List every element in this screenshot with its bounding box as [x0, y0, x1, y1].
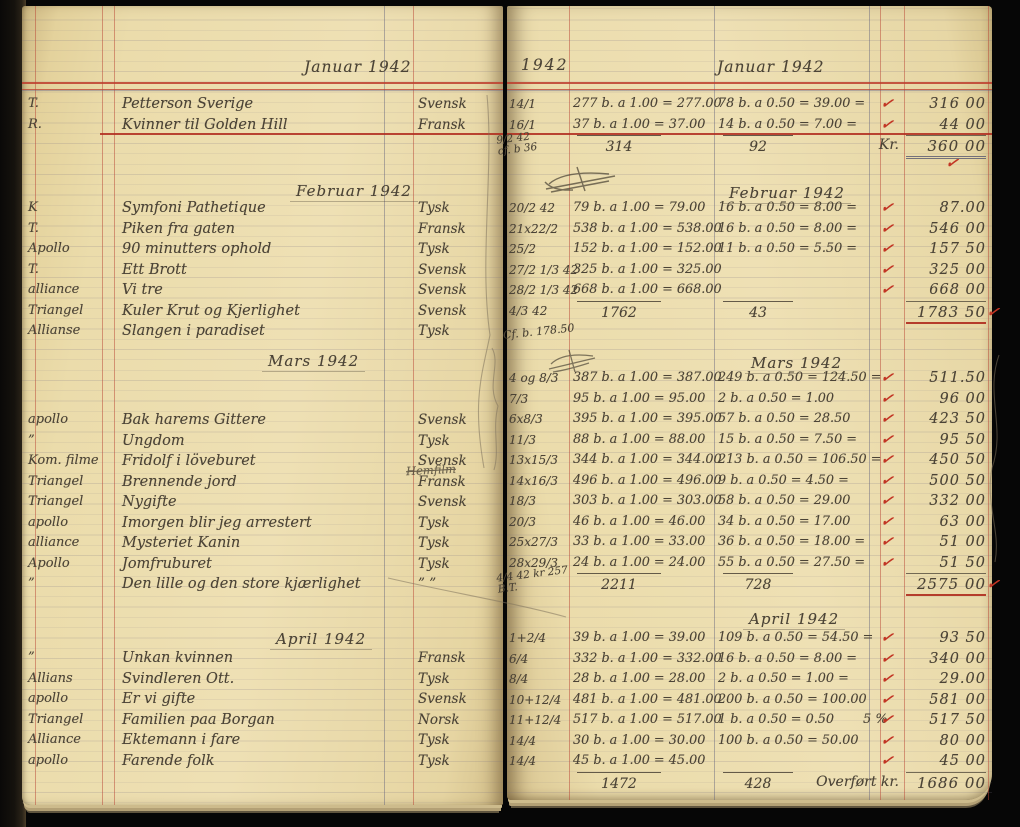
- date-cell: 14/1: [509, 94, 573, 114]
- film-title: 90 minutters ophold: [122, 239, 384, 259]
- film-title: Fridolf i löveburet: [122, 451, 384, 471]
- ledger-row: 6x8/3 395 b. a 1.00 = 395.00 57 b. a 0.5…: [507, 409, 992, 430]
- amount-cell: 80 00: [906, 731, 986, 751]
- cinema-name: Apollo: [28, 239, 102, 259]
- date-cell: 11/3: [509, 430, 573, 450]
- tickets-full-price: 88 b. a 1.00 = 88.00: [573, 430, 715, 450]
- cinema-name: Apollo: [28, 554, 102, 574]
- checkmark-icon: ✓: [878, 531, 906, 553]
- language-label: Svensk: [418, 280, 502, 300]
- language-label: Svensk: [418, 689, 502, 709]
- mars-rows: apollo Bak harems Gittere Svensk ” Ungdo…: [22, 410, 503, 595]
- amount-cell: 63 00: [906, 512, 986, 532]
- ledger-row: 7/3 95 b. a 1.00 = 95.00 2 b. a 0.50 = 1…: [507, 389, 992, 410]
- tickets-full-price: 325 b. a 1.00 = 325.00: [573, 260, 715, 280]
- cinema-name: Kom. filme: [28, 451, 102, 471]
- amount-cell: 581 00: [906, 690, 986, 710]
- checkmark-icon: ✓: [878, 279, 906, 301]
- tickets-full-price: 1472: [577, 772, 661, 794]
- tickets-half-price: 15 b. a 0.50 = 7.50 =: [718, 430, 866, 450]
- language-label: Fransk: [418, 648, 502, 668]
- ledger-row: 13x15/3 344 b. a 1.00 = 344.00 213 b. a …: [507, 450, 992, 471]
- amount-cell: 29.00: [906, 669, 986, 689]
- date-cell: 28/2 1/3 42: [509, 280, 573, 300]
- checkmark-icon: ✓: [878, 470, 906, 492]
- language-label: Fransk: [418, 219, 502, 239]
- amount-cell: 668 00: [906, 280, 986, 300]
- tickets-half-price: 16 b. a 0.50 = 8.00 =: [718, 219, 866, 239]
- ledger-row: 14x16/3 496 b. a 1.00 = 496.00 9 b. a 0.…: [507, 471, 992, 492]
- tickets-full-price: 39 b. a 1.00 = 39.00: [573, 628, 715, 648]
- date-cell: 4 og 8/3: [509, 368, 573, 388]
- month-header-april: April 1942: [270, 630, 372, 650]
- film-title: Ektemann i fare: [122, 730, 384, 750]
- date-cell: 14/4: [509, 751, 573, 771]
- amount-prefix: Overført kr.: [801, 772, 899, 792]
- checkmark-icon: ✓: [878, 259, 906, 281]
- ledger-row: Triangel Kuler Krut og Kjerlighet Svensk: [22, 301, 503, 322]
- ledger-row: 28x29/3 24 b. a 1.00 = 24.00 55 b. a 0.5…: [507, 553, 992, 574]
- ledger-row: R. Kvinner til Golden Hill Fransk: [22, 115, 503, 136]
- ledger-row: 28/2 1/3 42 668 b. a 1.00 = 668.00 ✓ 668…: [507, 280, 992, 301]
- film-title: Kvinner til Golden Hill: [122, 115, 384, 135]
- month-header-januar: Januar 1942: [304, 58, 411, 76]
- ledger-row: Triangel Nygifte Svensk: [22, 492, 503, 513]
- januar-rows: 14/1 277 b. a 1.00 = 277.00 78 b. a 0.50…: [507, 94, 992, 156]
- film-title: Jomfruburet: [122, 554, 384, 574]
- cinema-name: Triangel: [28, 492, 102, 512]
- tickets-half-price: 728: [723, 573, 793, 595]
- januar-rows: T. Petterson Sverige Svensk R. Kvinner t…: [22, 94, 503, 135]
- ledger-book-scan: Januar 1942 T. Petterson Sverige Svensk …: [0, 0, 1020, 827]
- language-label: Tysk: [418, 554, 502, 574]
- checkmark-icon: ✓: [878, 238, 906, 260]
- amount-cell: 51 00: [906, 532, 986, 552]
- cinema-name: apollo: [28, 689, 102, 709]
- amount-cell: 93 50: [906, 628, 986, 648]
- amount-cell: 96 00: [906, 389, 986, 409]
- language-label: Norsk: [418, 710, 502, 730]
- checkmark-icon: ✓: [878, 113, 906, 135]
- ledger-row: 25x27/3 33 b. a 1.00 = 33.00 36 b. a 0.5…: [507, 532, 992, 553]
- ledger-row: 1+2/4 39 b. a 1.00 = 39.00 109 b. a 0.50…: [507, 628, 992, 649]
- cinema-name: ”: [28, 431, 102, 451]
- checkmark-icon: ✓: [984, 301, 1004, 322]
- tickets-half-price: 2 b. a 0.50 = 1.00: [718, 389, 866, 409]
- language-label: Fransk: [418, 472, 502, 492]
- date-cell: 8/4: [509, 669, 573, 689]
- amount-cell: 511.50: [906, 368, 986, 388]
- ledger-row: 14/4 45 b. a 1.00 = 45.00 ✓ 45 00: [507, 751, 992, 772]
- tickets-full-price: 538 b. a 1.00 = 538.00: [573, 219, 715, 239]
- tickets-half-price: 43: [723, 301, 793, 323]
- tickets-half-price: 55 b. a 0.50 = 27.50 =: [718, 553, 866, 573]
- language-label: Tysk: [418, 669, 502, 689]
- tickets-half-price: 16 b. a 0.50 = 8.00 =: [718, 649, 866, 669]
- ledger-row: 6/4 332 b. a 1.00 = 332.00 16 b. a 0.50 …: [507, 649, 992, 670]
- ledger-row: 20/3 46 b. a 1.00 = 46.00 34 b. a 0.50 =…: [507, 512, 992, 533]
- header-rule: [22, 82, 503, 90]
- amount-cell: 316 00: [906, 94, 986, 114]
- film-title: Er vi gifte: [122, 689, 384, 709]
- tickets-half-price: 213 b. a 0.50 = 106.50 =: [718, 450, 866, 470]
- language-label: Tysk: [418, 513, 502, 533]
- ledger-row: Triangel Familien paa Borgan Norsk: [22, 710, 503, 731]
- tickets-full-price: 481 b. a 1.00 = 481.00: [573, 690, 715, 710]
- ledger-row: Apollo Jomfruburet Tysk: [22, 554, 503, 575]
- film-title: Svindleren Ott.: [122, 669, 384, 689]
- language-label: Fransk: [418, 115, 502, 135]
- ledger-row: 8/4 28 b. a 1.00 = 28.00 2 b. a 0.50 = 1…: [507, 669, 992, 690]
- language-label: Tysk: [418, 533, 502, 553]
- tickets-full-price: 2211: [577, 573, 661, 595]
- ledger-row: 4/4 42 kr 257B.T. 2211 728 2575 00 ✓: [507, 573, 992, 594]
- cinema-name: Alliance: [28, 730, 102, 750]
- checkmark-icon: ✓: [878, 730, 906, 752]
- ledger-row: T. Ett Brott Svensk: [22, 260, 503, 281]
- ledger-page-right: 1942 Januar 1942 14/1 277 b. a 1.00 = 27…: [507, 6, 992, 800]
- cinema-name: Triangel: [28, 710, 102, 730]
- tickets-half-price: 14 b. a 0.50 = 7.00 =: [718, 115, 866, 135]
- month-header-april: April 1942: [743, 610, 845, 630]
- tickets-full-price: 387 b. a 1.00 = 387.00: [573, 368, 715, 388]
- date-cell: 6x8/3: [509, 409, 573, 429]
- ledger-row: ” Ungdom Tysk: [22, 431, 503, 452]
- ledger-row: 11/3 88 b. a 1.00 = 88.00 15 b. a 0.50 =…: [507, 430, 992, 451]
- amount-cell: 360 00: [906, 135, 986, 159]
- ledger-row: T. Piken fra gaten Fransk: [22, 219, 503, 240]
- cinema-name: alliance: [28, 533, 102, 553]
- tickets-full-price: 668 b. a 1.00 = 668.00: [573, 280, 715, 300]
- ledger-row: 10+12/4 481 b. a 1.00 = 481.00 200 b. a …: [507, 690, 992, 711]
- amount-cell: 500 50: [906, 471, 986, 491]
- date-cell: 14x16/3: [509, 471, 573, 491]
- ledger-row: ” Den lille og den store kjærlighet ” ”: [22, 574, 503, 595]
- ledger-row: 18/3 303 b. a 1.00 = 303.00 58 b. a 0.50…: [507, 491, 992, 512]
- amount-cell: 95 50: [906, 430, 986, 450]
- checkmark-icon: ✓: [878, 668, 906, 690]
- ledger-row: apollo Er vi gifte Svensk: [22, 689, 503, 710]
- amount-cell: 423 50: [906, 409, 986, 429]
- tickets-half-price: 78 b. a 0.50 = 39.00 =: [718, 94, 866, 114]
- ledger-row: Alliance Ektemann i fare Tysk: [22, 730, 503, 751]
- header-rule-blue: [507, 90, 992, 91]
- cinema-name: R.: [28, 115, 102, 135]
- film-title: Bak harems Gittere: [122, 410, 384, 430]
- cinema-name: Triangel: [28, 472, 102, 492]
- tickets-half-price: 100 b. a 0.50 = 50.00: [718, 731, 866, 751]
- tickets-full-price: 152 b. a 1.00 = 152.00: [573, 239, 715, 259]
- april-rows: ” Unkan kvinnen Fransk Allians Svindlere…: [22, 648, 503, 771]
- ledger-row: 27/2 1/3 42 325 b. a 1.00 = 325.00 ✓ 325…: [507, 260, 992, 281]
- carry-forward-note: Cf. b. 178.50: [502, 318, 575, 345]
- date-cell: 4/3 42: [509, 301, 573, 321]
- tickets-half-price: 200 b. a 0.50 = 100.00: [718, 690, 866, 710]
- film-title: Familien paa Borgan: [122, 710, 384, 730]
- checkmark-icon: ✓: [878, 387, 906, 409]
- date-cell: 20/3: [509, 512, 573, 532]
- language-label: Svensk: [418, 301, 502, 321]
- ledger-row: 25/2 152 b. a 1.00 = 152.00 11 b. a 0.50…: [507, 239, 992, 260]
- year-label: 1942: [521, 56, 568, 74]
- ledger-row: 14/1 277 b. a 1.00 = 277.00 78 b. a 0.50…: [507, 94, 992, 115]
- amount-cell: 157 50: [906, 239, 986, 259]
- amount-cell: 44 00: [906, 115, 986, 135]
- ledger-row: apollo Imorgen blir jeg arrestert Tysk: [22, 513, 503, 534]
- ledger-row: alliance Mysteriet Kanin Tysk: [22, 533, 503, 554]
- cinema-name: T.: [28, 94, 102, 114]
- tickets-full-price: 33 b. a 1.00 = 33.00: [573, 532, 715, 552]
- amount-cell: 325 00: [906, 260, 986, 280]
- film-title: Nygifte: [122, 492, 384, 512]
- tickets-half-price: 58 b. a 0.50 = 29.00: [718, 491, 866, 511]
- tickets-full-price: 45 b. a 1.00 = 45.00: [573, 751, 715, 771]
- checkmark-icon: ✓: [878, 197, 906, 219]
- language-label: Tysk: [418, 239, 502, 259]
- cinema-name: alliance: [28, 280, 102, 300]
- cinema-name: Allians: [28, 669, 102, 689]
- tickets-full-price: 517 b. a 1.00 = 517.00: [573, 710, 715, 730]
- cinema-name: K: [28, 198, 102, 218]
- ledger-row: 16/1 37 b. a 1.00 = 37.00 14 b. a 0.50 =…: [507, 115, 992, 136]
- amount-cell: 450 50: [906, 450, 986, 470]
- tickets-full-price: 277 b. a 1.00 = 277.00: [573, 94, 715, 114]
- ledger-page-left: Januar 1942 T. Petterson Sverige Svensk …: [22, 6, 503, 805]
- amount-cell: 340 00: [906, 649, 986, 669]
- ledger-row: apollo Bak harems Gittere Svensk: [22, 410, 503, 431]
- checkmark-icon: ✓: [878, 93, 906, 115]
- tickets-half-price: 57 b. a 0.50 = 28.50: [718, 409, 866, 429]
- ledger-row: Triangel Brennende jord Fransk: [22, 472, 503, 493]
- februar-rows: K Symfoni Pathetique Tysk T. Piken fra g…: [22, 198, 503, 342]
- language-label: Tysk: [418, 730, 502, 750]
- tickets-full-price: 95 b. a 1.00 = 95.00: [573, 389, 715, 409]
- april-rows: 1+2/4 39 b. a 1.00 = 39.00 109 b. a 0.50…: [507, 628, 992, 792]
- checkmark-icon: ✓: [878, 449, 906, 471]
- checkmark-icon: ✓: [878, 429, 906, 451]
- film-title: Brennende jord: [122, 472, 384, 492]
- language-label: Tysk: [418, 321, 502, 341]
- tickets-full-price: 24 b. a 1.00 = 24.00: [573, 553, 715, 573]
- language-label: Tysk: [418, 198, 502, 218]
- film-title: Kuler Krut og Kjerlighet: [122, 301, 384, 321]
- cinema-name: ”: [28, 648, 102, 668]
- film-title: Slangen i paradiset: [122, 321, 384, 341]
- amount-cell: 2575 00: [906, 573, 986, 596]
- ledger-row: 14/4 30 b. a 1.00 = 30.00 100 b. a 0.50 …: [507, 731, 992, 752]
- tickets-half-price: 428: [723, 772, 793, 794]
- amount-cell: 546 00: [906, 219, 986, 239]
- date-cell: 21x22/2: [509, 219, 573, 239]
- amount-cell: 1686 00: [906, 772, 986, 793]
- date-cell: 18/3: [509, 491, 573, 511]
- checkmark-icon: ✓: [878, 490, 906, 512]
- date-cell: 1+2/4: [509, 628, 573, 648]
- language-label: Tysk: [418, 751, 502, 771]
- film-title: Mysteriet Kanin: [122, 533, 384, 553]
- ledger-row: Apollo 90 minutters ophold Tysk: [22, 239, 503, 260]
- tickets-full-price: 332 b. a 1.00 = 332.00: [573, 649, 715, 669]
- cinema-name: Allianse: [28, 321, 102, 341]
- language-label: Svensk: [418, 410, 502, 430]
- amount-cell: 51 50: [906, 553, 986, 573]
- amount-cell: 332 00: [906, 491, 986, 511]
- tickets-half-price: 249 b. a 0.50 = 124.50 =: [718, 368, 866, 388]
- februar-rows: 20/2 42 79 b. a 1.00 = 79.00 16 b. a 0.5…: [507, 198, 992, 321]
- checkmark-icon: ✓: [878, 689, 906, 711]
- cinema-name: Triangel: [28, 301, 102, 321]
- tickets-half-price: 36 b. a 0.50 = 18.00 =: [718, 532, 866, 552]
- film-title: Piken fra gaten: [122, 219, 384, 239]
- ledger-row: Allianse Slangen i paradiset Tysk: [22, 321, 503, 342]
- crossed-out-stamp-icon: [543, 164, 621, 198]
- header-rule-blue: [22, 90, 503, 91]
- date-cell: 27/2 1/3 42: [509, 260, 573, 280]
- ledger-row: 1472 428 Overført kr. 1686 00: [507, 772, 992, 793]
- amount-cell: 1783 50: [906, 301, 986, 324]
- ledger-row: 9/2 42cf. b 36 314 92 Kr. 360 00 ✓: [507, 135, 992, 156]
- checkmark-icon: ✓: [878, 367, 906, 389]
- language-label: Svensk: [418, 260, 502, 280]
- ledger-row: 11+12/4 517 b. a 1.00 = 517.00 1 b. a 0.…: [507, 710, 992, 731]
- ledger-row: apollo Farende folk Tysk: [22, 751, 503, 772]
- tickets-full-price: 28 b. a 1.00 = 28.00: [573, 669, 715, 689]
- ledger-row: 20/2 42 79 b. a 1.00 = 79.00 16 b. a 0.5…: [507, 198, 992, 219]
- checkmark-icon: ✓: [878, 217, 906, 239]
- tickets-half-price: 11 b. a 0.50 = 5.50 =: [718, 239, 866, 259]
- film-title: Vi tre: [122, 280, 384, 300]
- checkmark-icon: ✓: [878, 408, 906, 430]
- checkmark-icon: ✓: [878, 552, 906, 574]
- tickets-half-price: 16 b. a 0.50 = 8.00 =: [718, 198, 866, 218]
- checkmark-icon: ✓: [984, 574, 1004, 595]
- date-cell: 11+12/4: [509, 710, 573, 730]
- amount-cell: 87.00: [906, 198, 986, 218]
- tickets-full-price: 314: [577, 135, 661, 157]
- mars-rows: 4 og 8/3 387 b. a 1.00 = 387.00 249 b. a…: [507, 368, 992, 594]
- amount-cell: 45 00: [906, 751, 986, 771]
- ledger-row: 21x22/2 538 b. a 1.00 = 538.00 16 b. a 0…: [507, 219, 992, 240]
- amount-prefix: Kr.: [801, 135, 899, 155]
- cinema-name: ”: [28, 574, 102, 594]
- tickets-half-price: 109 b. a 0.50 = 54.50 =: [718, 628, 866, 648]
- ledger-row: ” Unkan kvinnen Fransk: [22, 648, 503, 669]
- date-cell: 13x15/3: [509, 450, 573, 470]
- tickets-half-price: 34 b. a 0.50 = 17.00: [718, 512, 866, 532]
- film-title: Imorgen blir jeg arrestert: [122, 513, 384, 533]
- tickets-full-price: 303 b. a 1.00 = 303.00: [573, 491, 715, 511]
- tickets-full-price: 37 b. a 1.00 = 37.00: [573, 115, 715, 135]
- tickets-full-price: 344 b. a 1.00 = 344.00: [573, 450, 715, 470]
- date-cell: 10+12/4: [509, 690, 573, 710]
- ledger-row: Allians Svindleren Ott. Tysk: [22, 669, 503, 690]
- checkmark-icon: ✓: [878, 750, 906, 772]
- film-title: Petterson Sverige: [122, 94, 384, 114]
- date-cell: 14/4: [509, 731, 573, 751]
- month-header-mars: Mars 1942: [262, 352, 365, 372]
- language-label: Svensk: [418, 94, 502, 114]
- cinema-name: apollo: [28, 513, 102, 533]
- tickets-full-price: 46 b. a 1.00 = 46.00: [573, 512, 715, 532]
- cinema-name: T.: [28, 219, 102, 239]
- checkmark-icon: ✓: [878, 647, 906, 669]
- film-title: Ungdom: [122, 431, 384, 451]
- tickets-half-price: 1 b. a 0.50 = 0.50: [718, 710, 866, 730]
- language-label: ” ”: [418, 574, 502, 594]
- date-cell: 25x27/3: [509, 532, 573, 552]
- tickets-half-price: 9 b. a 0.50 = 4.50 =: [718, 471, 866, 491]
- film-title: Unkan kvinnen: [122, 648, 384, 668]
- film-title: Ett Brott: [122, 260, 384, 280]
- film-title: Symfoni Pathetique: [122, 198, 384, 218]
- checkmark-icon: ✓: [878, 511, 906, 533]
- cinema-name: apollo: [28, 751, 102, 771]
- tickets-full-price: 79 b. a 1.00 = 79.00: [573, 198, 715, 218]
- date-cell: 25/2: [509, 239, 573, 259]
- cinema-name: T.: [28, 260, 102, 280]
- date-cell: 20/2 42: [509, 198, 573, 218]
- amount-cell: 517 50: [906, 710, 986, 730]
- film-title: Farende folk: [122, 751, 384, 771]
- ledger-row: K Symfoni Pathetique Tysk: [22, 198, 503, 219]
- ledger-row: Kom. filme Fridolf i löveburet Svensk He…: [22, 451, 503, 472]
- ledger-row: alliance Vi tre Svensk: [22, 280, 503, 301]
- ledger-row: T. Petterson Sverige Svensk: [22, 94, 503, 115]
- date-cell: 6/4: [509, 649, 573, 669]
- film-title: Den lille og den store kjærlighet: [122, 574, 384, 594]
- language-label: Tysk: [418, 431, 502, 451]
- tickets-full-price: 496 b. a 1.00 = 496.00: [573, 471, 715, 491]
- checkmark-icon: ✓: [878, 627, 906, 649]
- ledger-row: 4 og 8/3 387 b. a 1.00 = 387.00 249 b. a…: [507, 368, 992, 389]
- tickets-full-price: 1762: [577, 301, 661, 323]
- tickets-full-price: 395 b. a 1.00 = 395.00: [573, 409, 715, 429]
- tickets-full-price: 30 b. a 1.00 = 30.00: [573, 731, 715, 751]
- cinema-name: apollo: [28, 410, 102, 430]
- tickets-half-price: 2 b. a 0.50 = 1.00 =: [718, 669, 866, 689]
- month-header-januar: Januar 1942: [717, 58, 824, 76]
- tickets-half-price: 92: [723, 135, 793, 157]
- language-label: Svensk: [418, 492, 502, 512]
- date-cell: 7/3: [509, 389, 573, 409]
- header-rule: [507, 82, 992, 90]
- ledger-row: 4/3 42 1762 43 1783 50 ✓ Cf. b. 178.50: [507, 301, 992, 322]
